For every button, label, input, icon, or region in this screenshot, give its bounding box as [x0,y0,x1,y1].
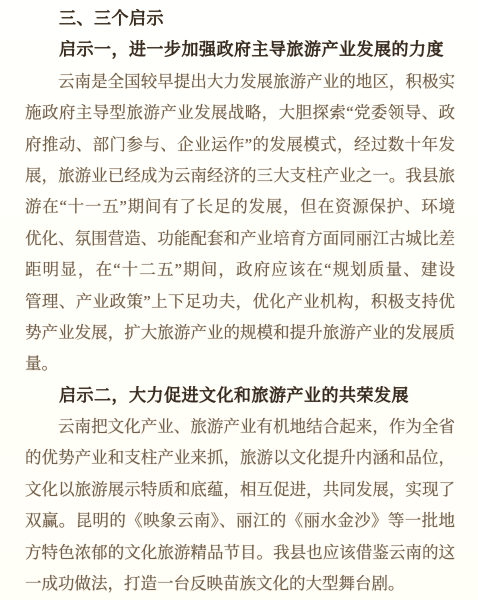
paragraph-line: 游在“十一五”期间有了长足的发展，但在资源保护、环境 [25,191,455,222]
paragraph-line: 一成功做法，打造一台反映苗族文化的大型舞台剧。 [25,568,455,599]
paragraph-line: 距明显，在“十二五”期间，政府应该在“规划质量、建设 [25,254,455,285]
subheading-1: 启示一，进一步加强政府主导旅游产业发展的力度 [25,34,455,65]
paragraph-line: 势产业发展，扩大旅游产业的规模和提升旅游产业的发展质 [25,317,455,348]
paragraph-line: 管理、产业政策”上下足功夫，优化产业机构，积极支持优 [25,286,455,317]
paragraph-line: 双赢。昆明的《映象云南》、丽江的《丽水金沙》等一批地 [25,505,455,536]
paragraph-line: 的优势产业和支柱产业来抓，旅游以文化提升内涵和品位， [25,442,455,473]
paragraph-line: 展，旅游业已经成为云南经济的三大支柱产业之一。我县旅 [25,160,455,191]
paragraph-line: 府推动、部门参与、企业运作”的发展模式，经过数十年发 [25,129,455,160]
paragraph-line: 优化、氛围营造、功能配套和产业培育方面同丽江古城比差 [25,223,455,254]
section-title: 三、三个启示 [25,3,455,34]
paragraph-line: 云南是全国较早提出大力发展旅游产业的地区，积极实 [25,66,455,97]
document-page: 三、三个启示 启示一，进一步加强政府主导旅游产业发展的力度 云南是全国较早提出大… [0,0,478,600]
paragraph-line: 施政府主导型旅游产业发展战略，大胆探索“党委领导、政 [25,97,455,128]
paragraph-line: 方特色浓郁的文化旅游精品节目。我县也应该借鉴云南的这 [25,537,455,568]
paragraph-line: 文化以旅游展示特质和底蕴，相互促进，共同发展，实现了 [25,474,455,505]
paragraph-line: 云南把文化产业、旅游产业有机地结合起来，作为全省 [25,411,455,442]
subheading-2: 启示二，大力促进文化和旅游产业的共荣发展 [25,380,455,411]
paragraph-line: 量。 [25,348,455,379]
